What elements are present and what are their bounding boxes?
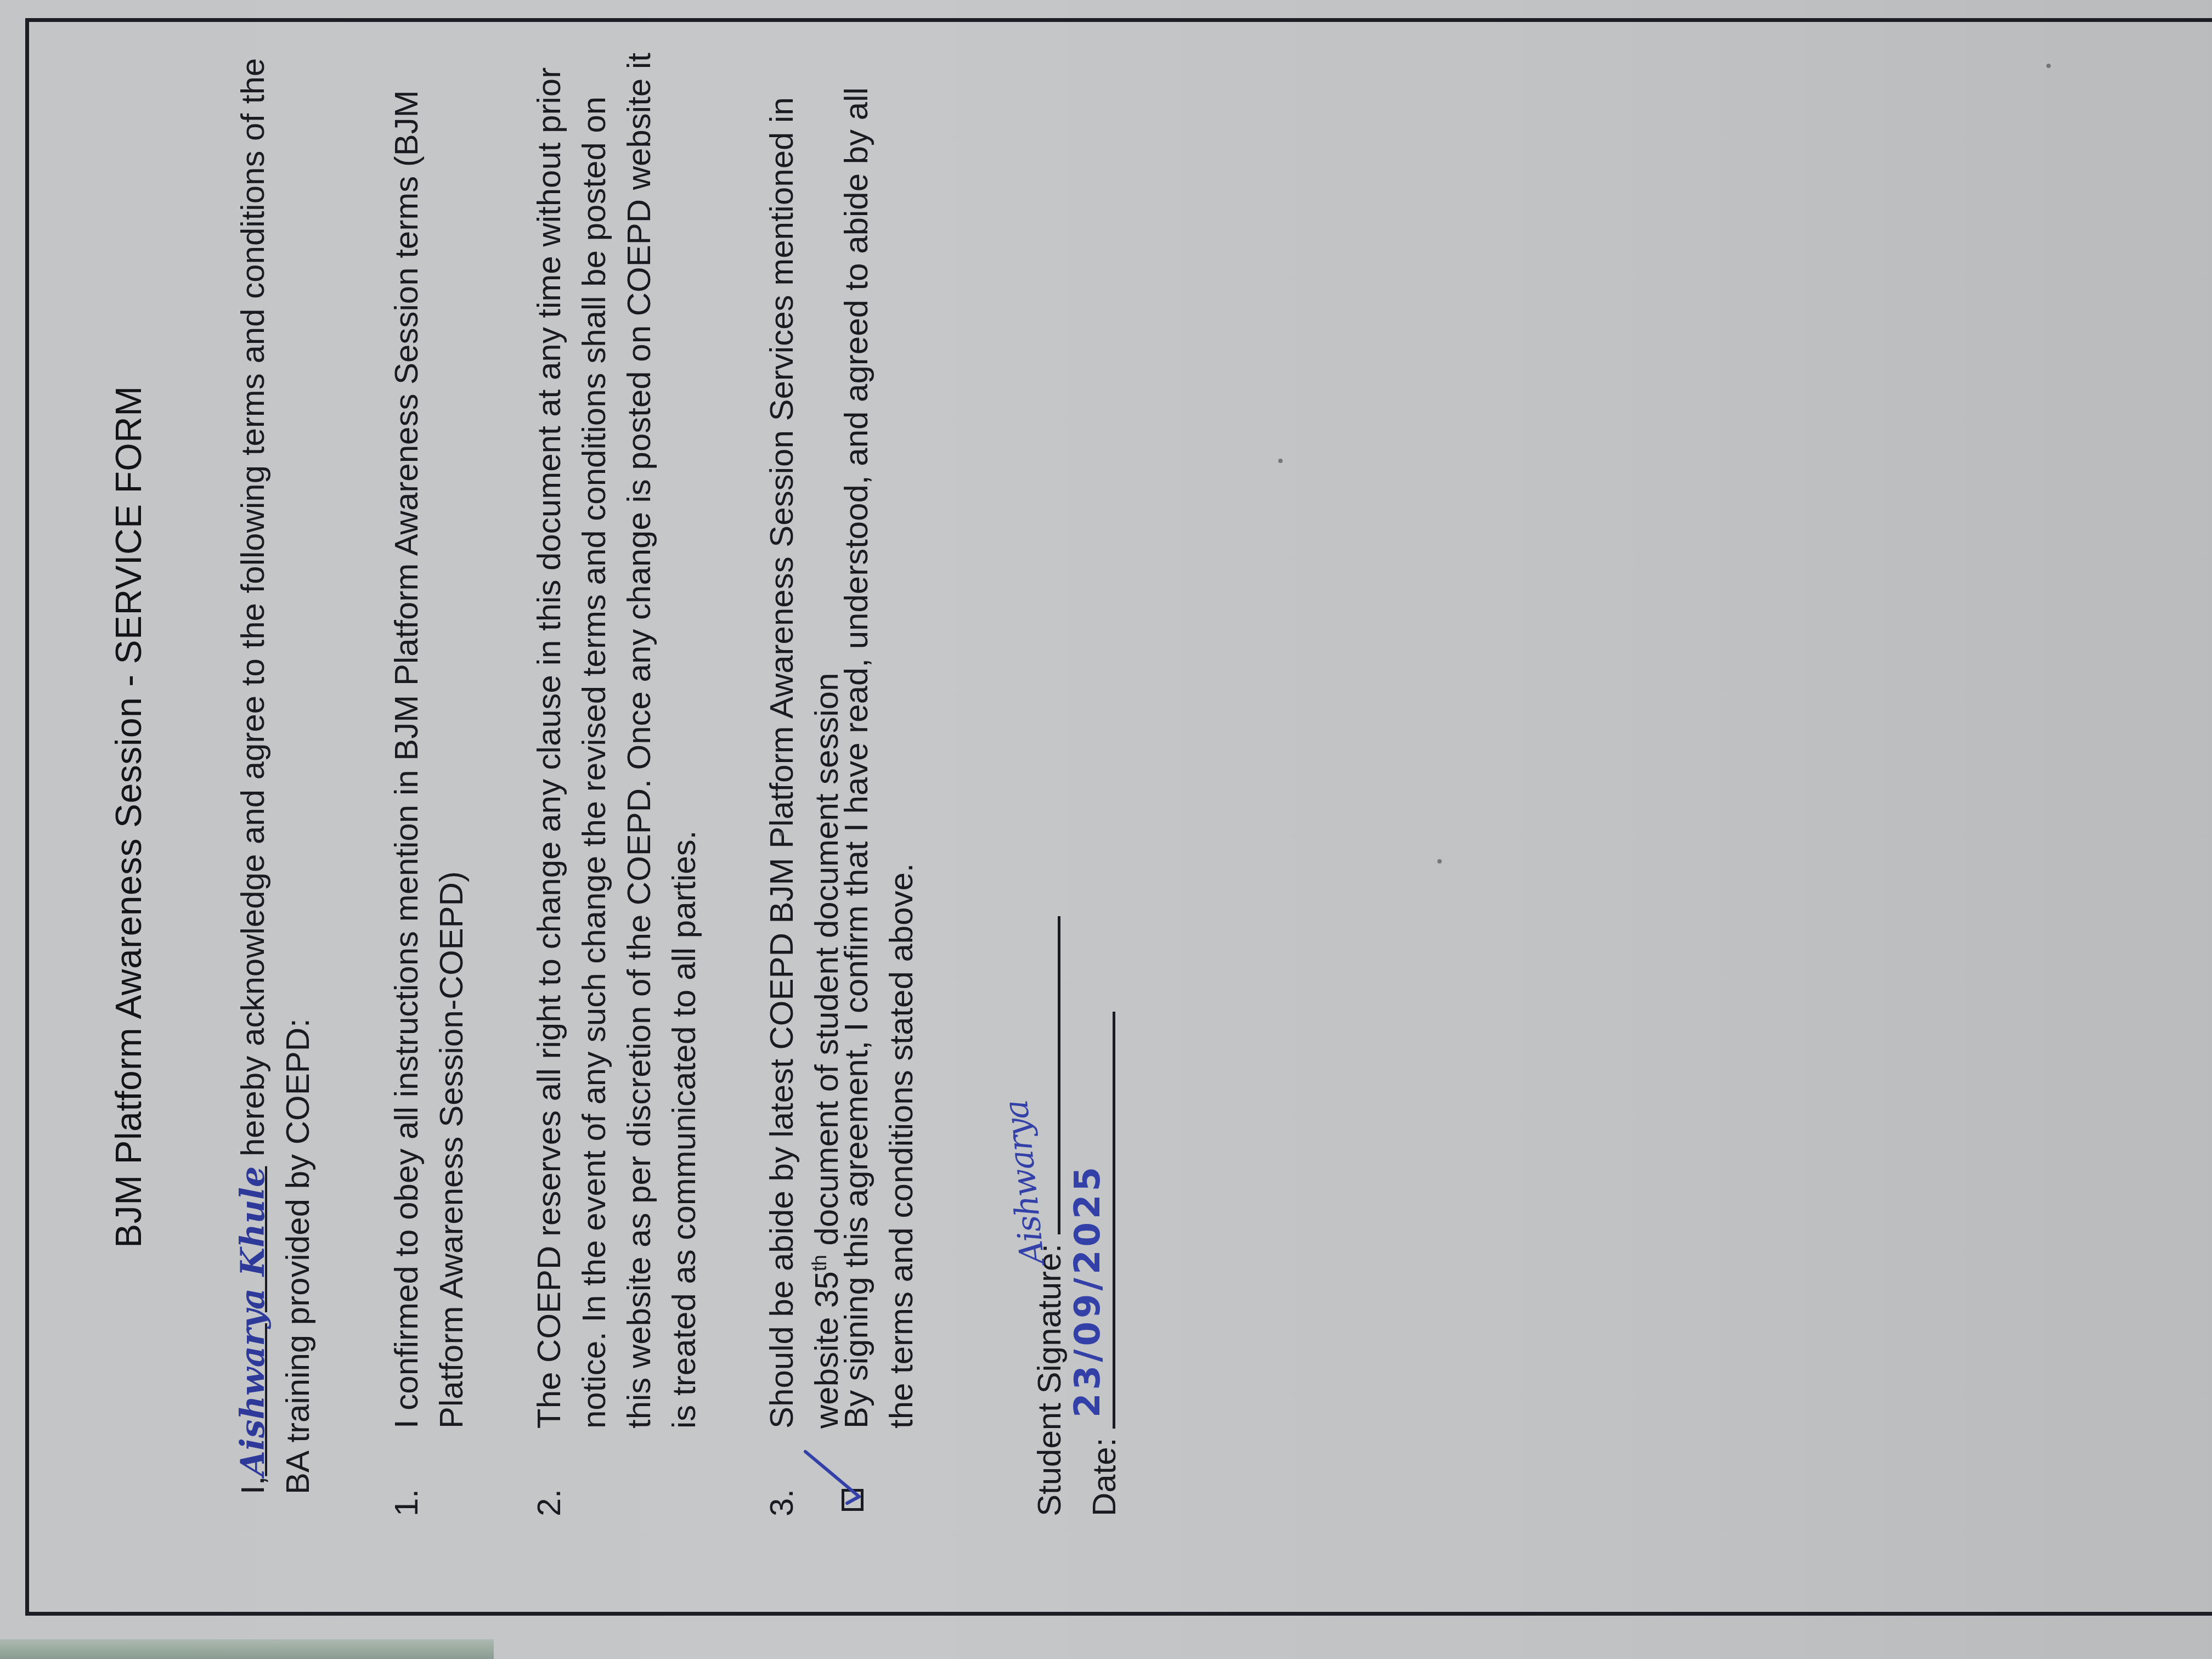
signature-field[interactable]: Aishwarya bbox=[1026, 916, 1060, 1234]
service-form-page: BJM Platform Awareness Session - SERVICE… bbox=[0, 0, 2212, 1659]
intro-paragraph: I,Aishwarya Khule hereby acknowledge and… bbox=[230, 46, 320, 1494]
terms-list: 1. I confirmed to obey all instructions … bbox=[384, 46, 902, 1494]
student-name-field[interactable]: Aishwarya Khule bbox=[234, 1166, 272, 1476]
signature-label: Student Signature: bbox=[1031, 1244, 1068, 1516]
term-item-2: 2. The COEPD reserves all right to chang… bbox=[527, 46, 707, 1494]
date-field[interactable]: 23/09/2025 bbox=[1081, 1012, 1115, 1429]
term-number: 3. bbox=[759, 1489, 804, 1516]
acknowledgement: By signing this agreement, I confirm tha… bbox=[834, 46, 924, 1494]
intro-prefix: I, bbox=[234, 1476, 271, 1494]
term-text: The COEPD reserves all right to change a… bbox=[531, 53, 702, 1429]
paper-speck bbox=[1437, 859, 1442, 864]
checkmark-icon bbox=[801, 1447, 867, 1513]
term-number: 2. bbox=[527, 1489, 572, 1516]
term-item-1: 1. I confirmed to obey all instructions … bbox=[384, 46, 474, 1494]
acknowledgement-text: By signing this agreement, I confirm tha… bbox=[838, 87, 919, 1429]
term-text: I confirmed to obey all instructions men… bbox=[388, 90, 470, 1429]
date-row: Date: 23/09/2025 bbox=[1081, 1012, 1127, 1516]
term-text: Should be abide by latest COEPD BJM Plat… bbox=[763, 97, 845, 1429]
photo-background: BJM Platform Awareness Session - SERVICE… bbox=[0, 0, 2212, 1659]
date-label: Date: bbox=[1086, 1438, 1122, 1516]
term-number: 1. bbox=[384, 1489, 429, 1516]
paper-speck bbox=[2046, 64, 2051, 68]
paper-speck bbox=[779, 832, 783, 836]
date-value: 23/09/2025 bbox=[1065, 1164, 1110, 1418]
paper-speck bbox=[1278, 459, 1283, 463]
ordinal-suffix: th bbox=[808, 1255, 831, 1271]
form-title: BJM Platform Awareness Session - SERVICE… bbox=[108, 18, 149, 1616]
